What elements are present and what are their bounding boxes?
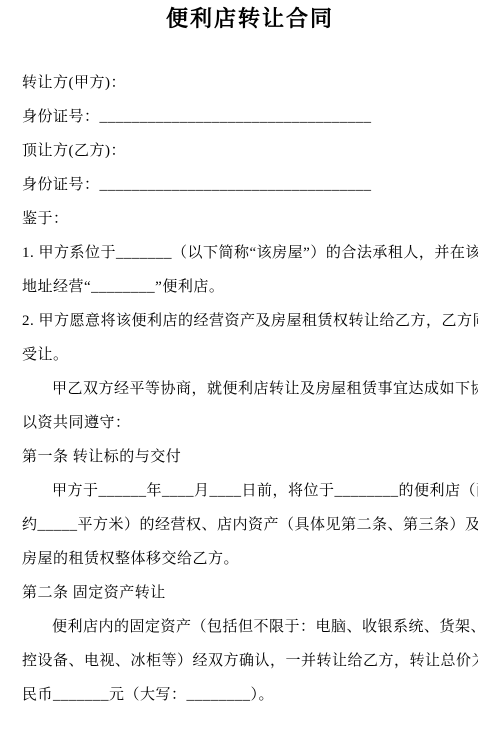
party-a-label: 转让方(甲方)：	[22, 66, 478, 100]
article-1-line-1: 甲方于______年____月____日前，将位于________的便利店（面积	[22, 474, 478, 508]
article-2-line-1: 便利店内的固定资产（包括但不限于：电脑、收银系统、货架、监	[22, 610, 478, 644]
party-a-id-line: 身份证号：__________________________________	[22, 100, 478, 134]
article-1-line-2: 约_____平方米）的经营权、店内资产（具体见第二条、第三条）及该	[22, 508, 478, 542]
article-2-heading: 第二条 固定资产转让	[22, 576, 478, 610]
recital-2-line-1: 2. 甲方愿意将该便利店的经营资产及房屋租赁权转让给乙方，乙方同意	[22, 304, 478, 338]
document-page: 便利店转让合同 转让方(甲方)： 身份证号：__________________…	[0, 0, 499, 730]
party-b-label: 顶让方(乙方)：	[22, 134, 478, 168]
party-b-id-line: 身份证号：__________________________________	[22, 168, 478, 202]
recital-2-line-2: 受让。	[22, 338, 478, 372]
recital-1-line-2: 地址经营“________”便利店。	[22, 270, 478, 304]
page-title: 便利店转让合同	[22, 4, 478, 34]
article-2-line-3: 民币_______元（大写：________）。	[22, 678, 478, 712]
preamble-line-2: 以资共同遵守：	[22, 406, 478, 440]
whereas-label: 鉴于：	[22, 202, 478, 236]
recital-1-line-1: 1. 甲方系位于_______（以下简称“该房屋”）的合法承租人，并在该	[22, 236, 478, 270]
preamble-line-1: 甲乙双方经平等协商，就便利店转让及房屋租赁事宜达成如下协议，	[22, 372, 478, 406]
article-1-line-3: 房屋的租赁权整体移交给乙方。	[22, 542, 478, 576]
article-2-line-2: 控设备、电视、冰柜等）经双方确认，一并转让给乙方，转让总价为人	[22, 644, 478, 678]
article-1-heading: 第一条 转让标的与交付	[22, 440, 478, 474]
